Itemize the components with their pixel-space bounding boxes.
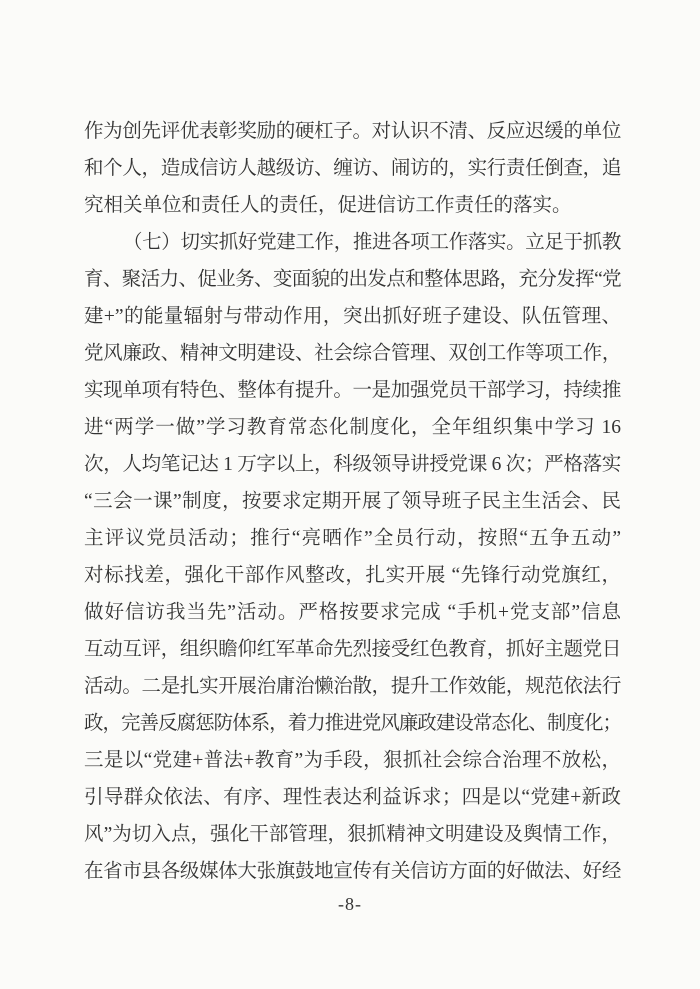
document-page: 作为创先评优表彰奖励的硬杠子。对认识不清、反应迟缓的单位和个人，造成信访人越级访… [0,0,700,989]
text-line: 对标找差，强化干部作风整改，扎实开展 “先锋行动党旗红， [84,557,621,594]
text-block: 作为创先评优表彰奖励的硬杠子。对认识不清、反应迟缓的单位和个人，造成信访人越级访… [84,113,621,890]
text-line: 作为创先评优表彰奖励的硬杠子。对认识不清、反应迟缓的单位 [84,113,621,150]
text-line: 在省市县各级媒体大张旗鼓地宣传有关信访方面的好做法、好经 [84,853,621,890]
text-line: 进“两学一做”学习教育常态化制度化，全年组织集中学习 16 [84,409,621,446]
text-line: 互动互评，组织瞻仰红军革命先烈接受红色教育，抓好主题党日 [84,631,621,668]
text-line: 政，完善反腐惩防体系，着力推进党风廉政建设常态化、制度化； [84,705,621,742]
text-line: 引导群众依法、有序、理性表达利益诉求；四是以“党建+新政 [84,779,621,816]
text-line: 三是以“党建+普法+教育”为手段，狠抓社会综合治理不放松， [84,742,621,779]
text-line: 育、聚活力、促业务、变面貌的出发点和整体思路，充分发挥“党 [84,261,621,298]
text-line: 活动。二是扎实开展治庸治懒治散，提升工作效能，规范依法行 [84,668,621,705]
text-line: 究相关单位和责任人的责任，促进信访工作责任的落实。 [84,187,621,224]
text-line: 风”为切入点，强化干部管理，狠抓精神文明建设及舆情工作， [84,816,621,853]
page-number: -8- [0,891,700,917]
text-line: “三会一课”制度，按要求定期开展了领导班子民主生活会、民 [84,483,621,520]
text-line: 次，人均笔记达 1 万字以上，科级领导讲授党课 6 次；严格落实 [84,446,621,483]
text-line: 建+”的能量辐射与带动作用，突出抓好班子建设、队伍管理、 [84,298,621,335]
text-line: 和个人，造成信访人越级访、缠访、闹访的，实行责任倒查，追 [84,150,621,187]
text-line: 实现单项有特色、整体有提升。一是加强党员干部学习，持续推 [84,372,621,409]
text-line: 党风廉政、精神文明建设、社会综合管理、双创工作等项工作， [84,335,621,372]
text-line: 做好信访我当先”活动。严格按要求完成 “手机+党支部”信息 [84,594,621,631]
text-line: 主评议党员活动；推行“亮晒作”全员行动，按照“五争五动” [84,520,621,557]
text-line: （七）切实抓好党建工作，推进各项工作落实。立足于抓教 [84,224,621,261]
